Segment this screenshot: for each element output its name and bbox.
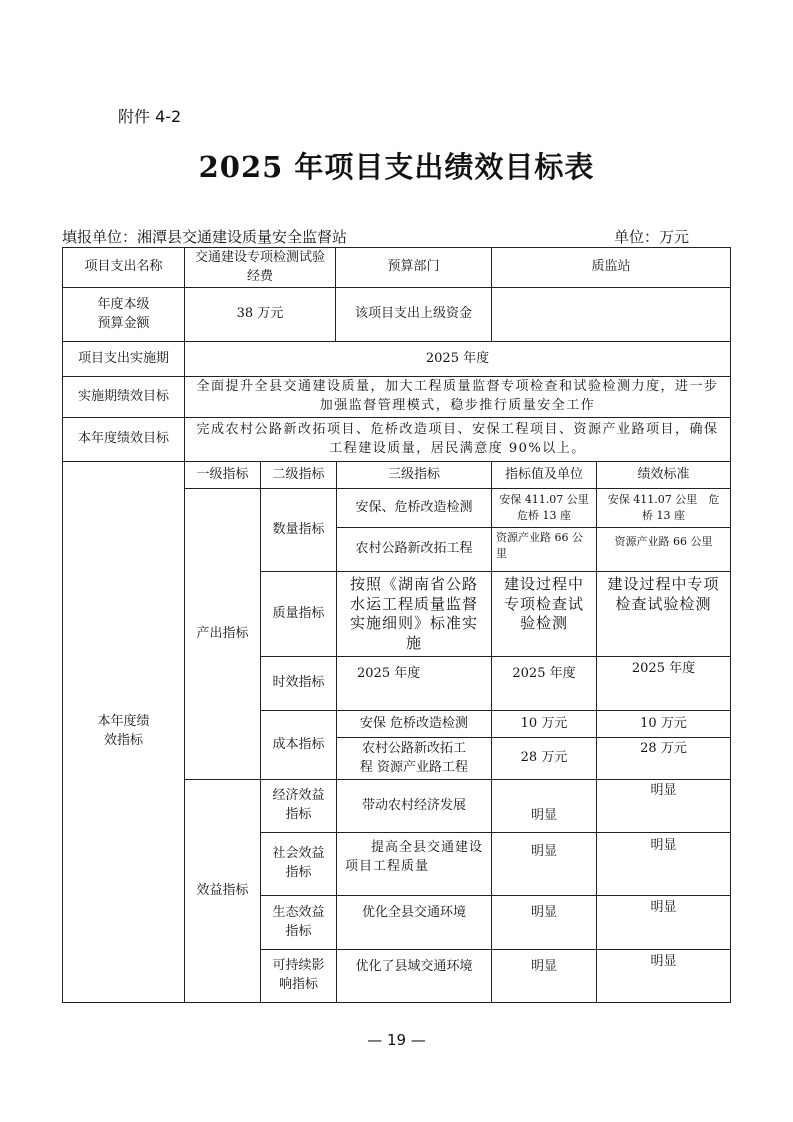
project-name-label: 项目支出名称	[62, 247, 185, 288]
superior-funds-label: 该项目支出上级资金	[335, 287, 492, 342]
level3-row: 按照《湖南省公路水运工程质量监督实施细则》标准实施	[336, 571, 492, 657]
period-goal-value: 全面提升全县交通建设质量，加大工程质量监督专项检查和试验检测力度，进一步加强监督…	[184, 376, 731, 418]
header-level3: 三级指标	[336, 461, 492, 489]
header-value: 指标值及单位	[491, 461, 597, 489]
standard-row: 10 万元	[596, 710, 731, 738]
header-standard: 绩效标准	[596, 461, 731, 489]
level3-row: 提高全县交通建设项目工程质量	[336, 832, 492, 896]
level1-output: 产出指标	[184, 488, 261, 780]
filling-unit: 填报单位：湘潭县交通建设质量安全监督站	[62, 226, 347, 247]
value-row: 安保 411.07 公里 危桥 13 座	[491, 488, 597, 528]
level2-timeliness: 时效指标	[260, 656, 337, 711]
page-title: 2025 年项目支出绩效目标表	[0, 145, 793, 186]
level3-row: 2025 年度	[336, 656, 492, 711]
value-row: 10 万元	[491, 710, 597, 738]
level3-row: 农村公路新改拓工程 资源产业路工程	[336, 737, 492, 780]
budget-label: 年度本级预算金额	[62, 287, 185, 342]
standard-row: 28 万元	[596, 737, 731, 780]
value-row: 建设过程中专项检查试验检测	[491, 571, 597, 657]
dept-label: 预算部门	[335, 247, 492, 288]
value-row: 资源产业路 66 公里	[491, 527, 597, 572]
value-row: 28 万元	[491, 737, 597, 780]
header-level1: 一级指标	[184, 461, 261, 489]
level2-ecological: 生态效益指标	[260, 895, 337, 950]
value-row: 明显	[491, 949, 597, 1003]
level3-row: 农村公路新改拓工程	[336, 527, 492, 572]
value-row: 2025 年度	[491, 656, 597, 711]
value-row: 明显	[491, 779, 597, 833]
standard-row: 2025 年度	[596, 656, 731, 711]
year-goal-label: 本年度绩效目标	[62, 417, 185, 462]
level1-benefit: 效益指标	[184, 779, 261, 1003]
level3-row: 优化了县域交通环境	[336, 949, 492, 1003]
indicators-section-label: 本年度绩效指标	[62, 461, 185, 1003]
standard-row: 安保 411.07 公里 危桥 13 座	[596, 488, 731, 528]
level2-quality: 质量指标	[260, 571, 337, 657]
page-number: — 19 —	[0, 1031, 793, 1049]
level2-quantity: 数量指标	[260, 488, 337, 572]
standard-row: 明显	[596, 949, 731, 1003]
project-name-value: 交通建设专项检测试验经费	[184, 247, 336, 288]
value-row: 明显	[491, 895, 597, 950]
standard-row: 资源产业路 66 公里	[596, 527, 731, 572]
period-label: 项目支出实施期	[62, 341, 185, 377]
standard-row: 明显	[596, 895, 731, 950]
level3-row: 带动农村经济发展	[336, 779, 492, 833]
standard-row: 明显	[596, 832, 731, 896]
standard-row: 建设过程中专项检查试验检测	[596, 571, 731, 657]
level3-row: 安保、危桥改造检测	[336, 488, 492, 528]
level3-row: 优化全县交通环境	[336, 895, 492, 950]
level2-sustainable: 可持续影响指标	[260, 949, 337, 1003]
standard-row: 明显	[596, 779, 731, 833]
header-level2: 二级指标	[260, 461, 337, 489]
currency-unit: 单位：万元	[614, 226, 689, 247]
budget-value: 38 万元	[184, 287, 336, 342]
level2-cost: 成本指标	[260, 710, 337, 780]
period-value: 2025 年度	[184, 341, 731, 377]
level3-row: 安保 危桥改造检测	[336, 710, 492, 738]
value-row: 明显	[491, 832, 597, 896]
period-goal-label: 实施期绩效目标	[62, 376, 185, 418]
level2-social: 社会效益指标	[260, 832, 337, 896]
dept-value: 质监站	[491, 247, 731, 288]
superior-funds-value	[491, 287, 731, 342]
level2-economic: 经济效益指标	[260, 779, 337, 833]
attachment-label: 附件 4-2	[118, 104, 181, 127]
year-goal-value: 完成农村公路新改拓项目、危桥改造项目、安保工程项目、资源产业路项目，确保工程建设…	[184, 417, 731, 462]
